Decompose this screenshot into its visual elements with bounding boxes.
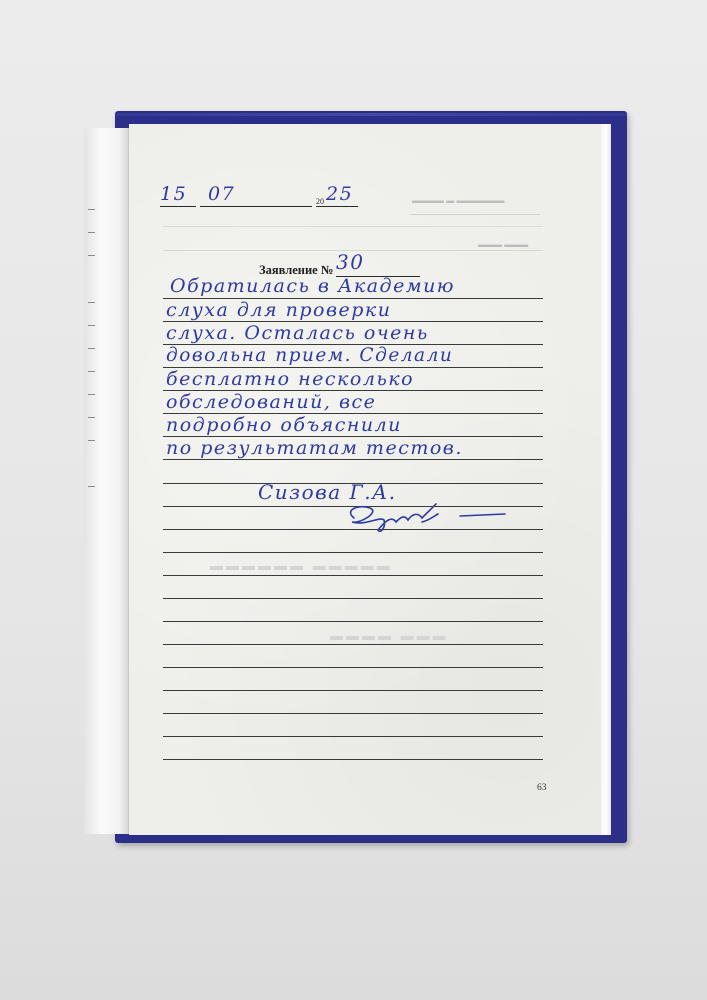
margin-tick xyxy=(88,417,95,418)
margin-tick xyxy=(88,209,95,210)
margin-tick xyxy=(88,348,95,349)
page-number: 63 xyxy=(537,783,547,793)
statement-number: 30 xyxy=(336,250,364,274)
margin-tick xyxy=(88,371,95,372)
ruled-line xyxy=(163,713,543,714)
signature-autograph xyxy=(340,498,520,538)
ruled-line xyxy=(163,736,543,737)
date-day: 15 xyxy=(160,183,187,205)
date-month: 07 xyxy=(208,183,235,205)
body-line: Обратилась в Академию xyxy=(170,275,455,297)
ruled-line xyxy=(163,667,543,668)
margin-tick xyxy=(88,255,95,256)
body-line: слуха для проверки xyxy=(166,299,392,321)
ruled-line xyxy=(163,644,543,645)
year-suffix: 25 xyxy=(326,183,353,205)
date-month-underline xyxy=(200,206,312,207)
ruled-line xyxy=(163,598,543,599)
year-underline xyxy=(316,206,358,207)
ruled-line xyxy=(163,759,543,760)
bleed-through-text: ▬▬▬▬ ▬ ▬▬▬▬▬▬ xyxy=(412,196,504,205)
cover-sheen xyxy=(115,113,627,116)
margin-tick xyxy=(88,325,95,326)
bleed-through-line xyxy=(163,226,543,227)
body-line: слуха. Осталась очень xyxy=(166,322,429,344)
ruled-line xyxy=(163,690,543,691)
body-line: подробно объяснили xyxy=(166,414,402,436)
margin-tick xyxy=(88,394,95,395)
ruled-line xyxy=(163,459,543,460)
margin-tick xyxy=(88,440,95,441)
previous-page-edge xyxy=(84,128,129,834)
ruled-line xyxy=(163,552,543,553)
body-line: по результатам тестов. xyxy=(166,437,463,459)
ruled-line xyxy=(163,621,543,622)
year-prefix: 20 xyxy=(316,197,324,206)
body-line: обследований, все xyxy=(166,391,376,413)
date-day-underline xyxy=(160,206,196,207)
bleed-through-text: ▬▬▬▬ ▬▬▬ xyxy=(330,628,449,643)
ruled-line xyxy=(163,575,543,576)
body-line: довольна прием. Сделали xyxy=(166,345,453,366)
margin-tick xyxy=(88,302,95,303)
margin-tick xyxy=(88,232,95,233)
page-edge xyxy=(601,124,611,835)
margin-tick xyxy=(88,486,95,487)
bleed-through-text: ▬▬▬ ▬▬▬ xyxy=(478,240,528,249)
body-line: бесплатно несколько xyxy=(166,368,414,390)
bleed-through-text: ▬▬▬▬▬▬ ▬▬▬▬▬ xyxy=(210,558,393,573)
bleed-through-line xyxy=(410,214,540,215)
